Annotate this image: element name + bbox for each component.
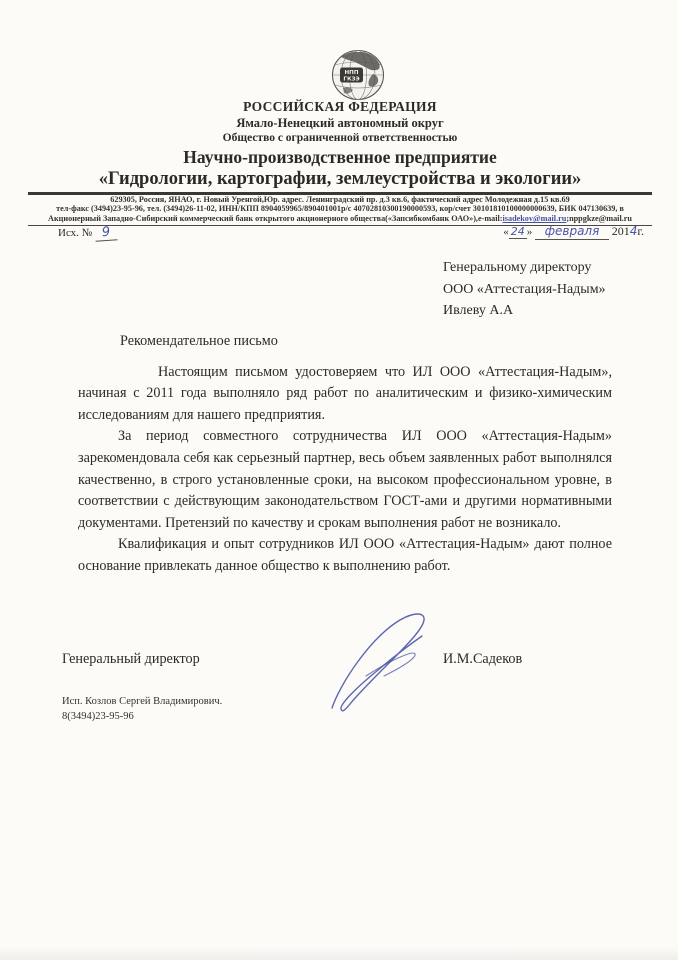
- executor-phone: 8(3494)23-95-96: [62, 709, 222, 724]
- letter-body: Рекомендательное письмо Настоящим письмо…: [78, 331, 612, 578]
- date-field: «24» февраля 2014г.: [503, 224, 650, 240]
- bank-line-text: Акционерный Западно-Сибирский коммерческ…: [48, 214, 502, 223]
- letterhead-org-name-2: «Гидрологии, картографии, землеустройств…: [28, 169, 652, 190]
- reference-row: Исх. № 9 «24» февраля 2014г.: [58, 224, 650, 241]
- outgoing-number-handwritten: 9: [101, 225, 110, 241]
- letterhead-country: РОССИЙСКАЯ ФЕДЕРАЦИЯ: [28, 99, 652, 115]
- letterhead-address: 629305, Россия, ЯНАО, г. Новый Уренгой,Ю…: [28, 195, 652, 205]
- date-day-handwritten: 24: [511, 225, 525, 238]
- recipient-line-1: Генеральному директору: [443, 257, 606, 279]
- date-quote-close: »: [527, 226, 533, 238]
- recipient-line-3: Ивлеву А.А: [443, 300, 606, 322]
- signatory-name: И.М.Садеков: [443, 651, 522, 668]
- letterhead-region: Ямало-Ненецкий автономный округ: [28, 116, 652, 131]
- logo-text-line1: НПП: [344, 70, 358, 76]
- outgoing-number-field: Исх. № 9: [58, 224, 117, 241]
- date-month-handwritten: февраля: [545, 224, 600, 238]
- signatory-position: Генеральный директор: [62, 651, 200, 668]
- recipient-block: Генеральному директору ООО «Аттестация-Н…: [443, 257, 606, 322]
- handwritten-signature-icon: [322, 610, 458, 718]
- outgoing-label: Исх. №: [58, 227, 92, 239]
- date-year-suffix: г.: [637, 224, 644, 238]
- letter-paragraph-2: За период совместного сотрудничества ИЛ …: [78, 426, 612, 534]
- executor-block: Исп. Козлов Сергей Владимирович. 8(3494)…: [62, 694, 222, 724]
- email-link-2: nppgkze@mail.ru: [569, 214, 632, 223]
- letterhead: РОССИЙСКАЯ ФЕДЕРАЦИЯ Ямало-Ненецкий авто…: [28, 99, 652, 226]
- email-link-1[interactable]: isadekov@mail.ru: [503, 214, 567, 223]
- globe-logo-icon: НПП ГКЗЭ: [329, 48, 387, 102]
- letter-paragraph-3: Квалификация и опыт сотрудников ИЛ ООО «…: [78, 534, 612, 577]
- date-year-printed: 201: [612, 224, 630, 238]
- executor-name: Исп. Козлов Сергей Владимирович.: [62, 694, 222, 709]
- letter-paragraph-1: Настоящим письмом удостоверяем что ИЛ ОО…: [78, 362, 612, 427]
- letter-title: Рекомендательное письмо: [78, 331, 612, 353]
- letterhead-org-name-1: Научно-производственное предприятие: [28, 147, 652, 168]
- letterhead-bank-line: Акционерный Западно-Сибирский коммерческ…: [28, 214, 652, 224]
- letterhead-org-type: Общество с ограниченной ответственностью: [28, 132, 652, 144]
- logo-text-line2: ГКЗЭ: [343, 77, 359, 83]
- letter-page: НПП ГКЗЭ РОССИЙСКАЯ ФЕДЕРАЦИЯ Ямало-Нене…: [0, 0, 678, 960]
- letterhead-contacts: тел-факс (3494)23-95-96, тел. (3494)26-1…: [28, 204, 652, 214]
- recipient-line-2: ООО «Аттестация-Надым»: [443, 279, 606, 301]
